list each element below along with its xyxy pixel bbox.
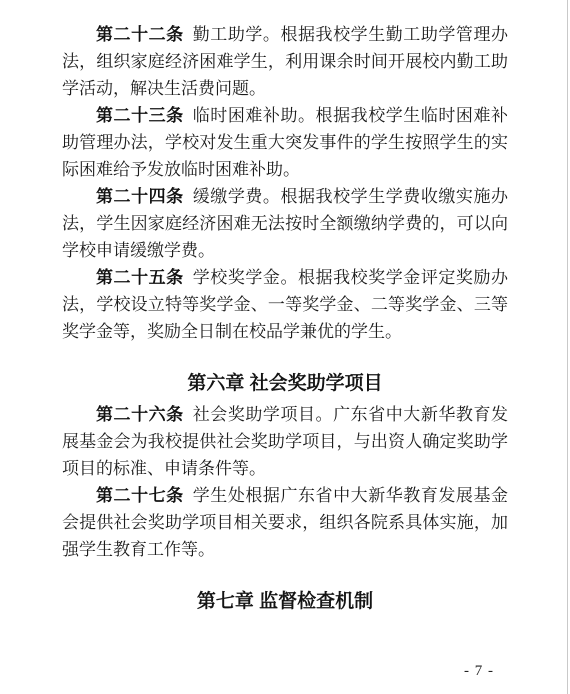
article-number: 第二十六条 xyxy=(96,405,184,424)
article-paragraph: 第二十七条学生处根据广东省中大新华教育发展基金会提供社会奖助学项目相关要求，组织… xyxy=(62,482,508,563)
chapter-heading-7: 第七章 监督检查机制 xyxy=(62,588,508,615)
article-number: 第二十四条 xyxy=(96,187,184,206)
article-number: 第二十七条 xyxy=(96,486,184,505)
article-number: 第二十二条 xyxy=(96,25,184,44)
article-number: 第二十五条 xyxy=(96,268,184,287)
article-paragraph: 第二十四条缓缴学费。根据我校学生学费收缴实施办法，学生因家庭经济困难无法按时全额… xyxy=(62,183,508,264)
chapter-heading-6: 第六章 社会奖助学项目 xyxy=(62,370,508,397)
article-paragraph: 第二十五条学校奖学金。根据我校奖学金评定奖励办法，学校设立特等奖学金、一等奖学金… xyxy=(62,264,508,345)
article-paragraph: 第二十六条社会奖助学项目。广东省中大新华教育发展基金会为我校提供社会奖助学项目，… xyxy=(62,401,508,482)
article-number: 第二十三条 xyxy=(96,106,184,125)
article-paragraph: 第二十二条勤工助学。根据我校学生勤工助学管理办法，组织家庭经济困难学生，利用课余… xyxy=(62,21,508,102)
article-paragraph: 第二十三条临时困难补助。根据我校学生临时困难补助管理办法，学校对发生重大突发事件… xyxy=(62,102,508,183)
document-page: 第二十二条勤工助学。根据我校学生勤工助学管理办法，组织家庭经济困难学生，利用课余… xyxy=(0,0,570,694)
page-right-edge-line xyxy=(567,0,568,694)
document-body: 第二十二条勤工助学。根据我校学生勤工助学管理办法，组织家庭经济困难学生，利用课余… xyxy=(0,0,570,615)
page-number: - 7 - xyxy=(464,663,494,680)
